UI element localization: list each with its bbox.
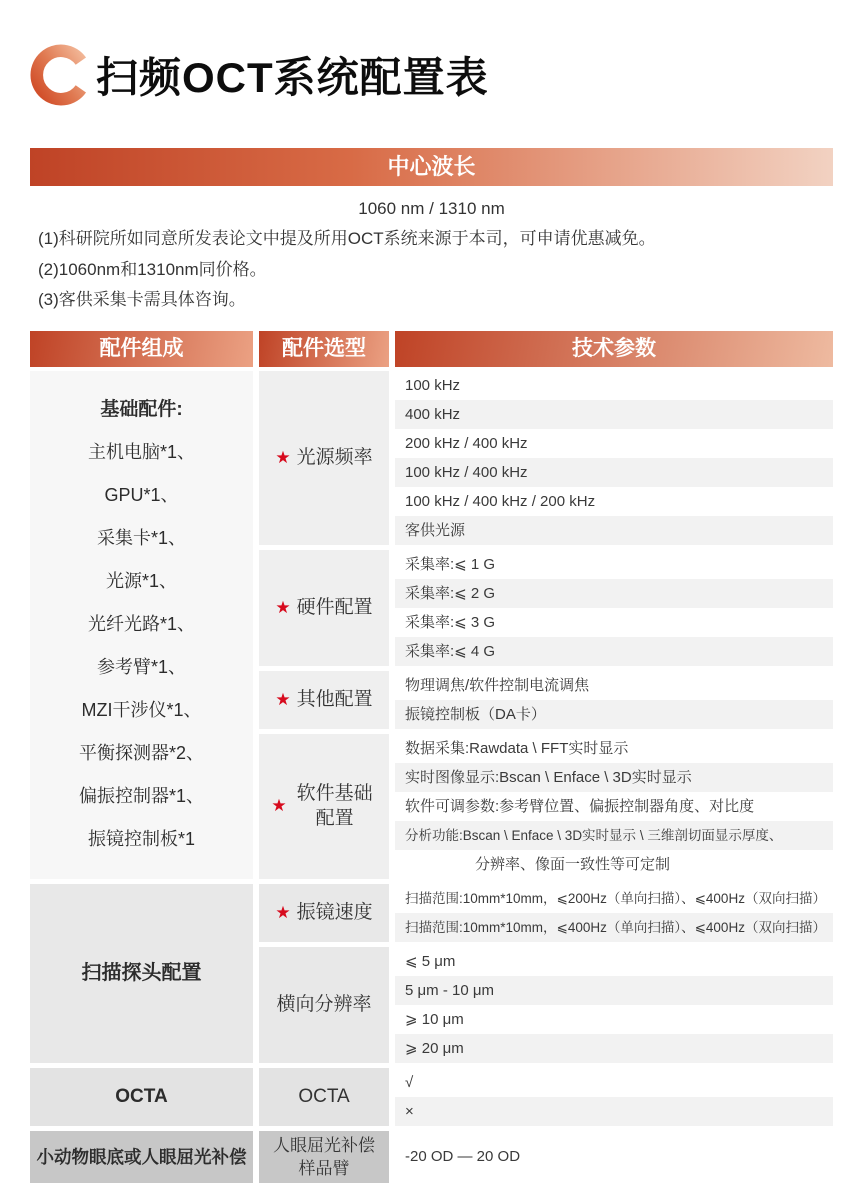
component-cell: OCTA [30,1068,253,1126]
note-line: (3)客供采集卡需具体咨询。 [38,285,825,316]
spec-sheet-page: 扫频OCT系统配置表 中心波长 1060 nm / 1310 nm (1)科研院… [0,0,863,1200]
option-label: 软件基础配置 [293,781,377,831]
table-section: 小动物眼底或人眼屈光补偿人眼屈光补偿样品臂-20 OD — 20 OD [30,1131,833,1183]
star-icon: ★ [275,598,290,618]
param-row: ⩾ 10 μm [395,1005,833,1034]
option-cell: OCTA [259,1068,389,1126]
star-icon: ★ [275,690,290,710]
note-line: (2)1060nm和1310nm同价格。 [38,255,825,286]
option-cell: ★其他配置 [259,671,389,729]
param-row: 100 kHz / 400 kHz / 200 kHz [395,487,833,516]
component-line: 采集卡*1、 [97,517,186,560]
option-label: 硬件配置 [297,595,373,620]
component-cell: 扫描探头配置 [30,884,253,1063]
option-label: 其他配置 [297,687,373,712]
param-row: × [395,1097,833,1126]
parameter-column: 扫描范围:10mm*10mm，⩽200Hz（单向扫描）、⩽400Hz（双向扫描）… [395,884,833,1063]
component-line: 偏振控制器*1、 [79,775,204,818]
table-header-row: 配件组成 配件选型 技术参数 [30,331,833,367]
wavelength-value: 1060 nm / 1310 nm [38,194,825,224]
table-section: 基础配件:主机电脑*1、GPU*1、采集卡*1、光源*1、光纤光路*1、参考臂*… [30,371,833,879]
param-row: √ [395,1068,833,1097]
option-cell: 人眼屈光补偿样品臂 [259,1131,389,1183]
star-icon: ★ [271,796,286,816]
option-label: OCTA [298,1084,349,1109]
note-line: (1)科研院所如同意所发表论文中提及所用OCT系统来源于本司，可申请优惠减免。 [38,224,825,255]
table-section: OCTAOCTA√× [30,1068,833,1126]
option-cell: ★软件基础配置 [259,734,389,879]
param-row-group: √× [395,1068,833,1126]
component-line: 参考臂*1、 [97,646,186,689]
param-row: 100 kHz [395,371,833,400]
page-title: 扫频OCT系统配置表 [96,45,489,105]
option-label: 人眼屈光补偿样品臂 [265,1134,383,1180]
param-row-group: 扫描范围:10mm*10mm，⩽200Hz（单向扫描）、⩽400Hz（双向扫描）… [395,884,833,942]
header-parameters: 技术参数 [395,331,833,367]
option-cell: ★硬件配置 [259,550,389,666]
param-row: 数据采集:Rawdata \ FFT实时显示 [395,734,833,763]
param-row: 实时图像显示:Bscan \ Enface \ 3D实时显示 [395,763,833,792]
option-label: 振镜速度 [297,900,373,925]
param-row: 客供光源 [395,516,833,545]
component-line: MZI干涉仪*1、 [81,689,201,732]
param-row: 扫描范围:10mm*10mm，⩽400Hz（单向扫描）、⩽400Hz（双向扫描） [395,913,833,942]
param-row: 5 μm - 10 μm [395,976,833,1005]
param-row: 振镜控制板（DA卡） [395,700,833,729]
parameter-column: √× [395,1068,833,1126]
param-row: 200 kHz / 400 kHz [395,429,833,458]
table-section: 扫描探头配置★振镜速度横向分辨率扫描范围:10mm*10mm，⩽200Hz（单向… [30,884,833,1063]
parameter-column: -20 OD — 20 OD [395,1131,833,1183]
param-row-group: ⩽ 5 μm5 μm - 10 μm⩾ 10 μm⩾ 20 μm [395,947,833,1063]
param-row: ⩽ 5 μm [395,947,833,976]
component-line: 光源*1、 [106,560,177,603]
wavelength-panel: 1060 nm / 1310 nm (1)科研院所如同意所发表论文中提及所用OC… [30,186,833,318]
option-cell: 横向分辨率 [259,947,389,1063]
option-cell: ★振镜速度 [259,884,389,942]
component-cell: 小动物眼底或人眼屈光补偿 [30,1131,253,1183]
component-line: 小动物眼底或人眼屈光补偿 [37,1145,247,1169]
component-line: 光纤光路*1、 [88,603,195,646]
header-component: 配件组成 [30,331,253,367]
param-row: -20 OD — 20 OD [395,1131,833,1183]
component-line: GPU*1、 [104,474,178,517]
option-column: ★振镜速度横向分辨率 [259,884,389,1063]
table-body: 基础配件:主机电脑*1、GPU*1、采集卡*1、光源*1、光纤光路*1、参考臂*… [30,371,833,1183]
component-line: OCTA [115,1075,167,1118]
param-row: 采集率:⩽ 4 G [395,637,833,666]
param-row-group: 物理调焦/软件控制电流调焦振镜控制板（DA卡） [395,671,833,729]
param-row: 扫描范围:10mm*10mm，⩽200Hz（单向扫描）、⩽400Hz（双向扫描） [395,884,833,913]
param-row: 分辨率、像面一致性等可定制 [395,850,833,879]
component-line: 平衡探测器*2、 [79,732,204,775]
component-cell: 基础配件:主机电脑*1、GPU*1、采集卡*1、光源*1、光纤光路*1、参考臂*… [30,371,253,879]
option-column: OCTA [259,1068,389,1126]
component-line: 基础配件: [100,388,182,431]
param-row-group: 100 kHz400 kHz200 kHz / 400 kHz100 kHz /… [395,371,833,545]
param-row: 采集率:⩽ 2 G [395,579,833,608]
param-row: 采集率:⩽ 3 G [395,608,833,637]
title-bar: 扫频OCT系统配置表 [30,34,833,116]
component-line: 主机电脑*1、 [88,431,195,474]
notes-list: (1)科研院所如同意所发表论文中提及所用OCT系统来源于本司，可申请优惠减免。(… [38,224,825,316]
param-row: 400 kHz [395,400,833,429]
param-row-group: 数据采集:Rawdata \ FFT实时显示实时图像显示:Bscan \ Enf… [395,734,833,879]
option-label: 光源频率 [297,445,373,470]
param-row: 分析功能:Bscan \ Enface \ 3D实时显示 \ 三维剖切面显示厚度… [395,821,833,850]
brand-c-logo-icon [30,44,92,106]
option-column: 人眼屈光补偿样品臂 [259,1131,389,1183]
header-option: 配件选型 [259,331,389,367]
parameter-column: 100 kHz400 kHz200 kHz / 400 kHz100 kHz /… [395,371,833,879]
param-row: 100 kHz / 400 kHz [395,458,833,487]
option-label: 横向分辨率 [276,992,371,1017]
option-column: ★光源频率★硬件配置★其他配置★软件基础配置 [259,371,389,879]
param-row: ⩾ 20 μm [395,1034,833,1063]
component-line: 扫描探头配置 [82,952,202,995]
param-row: 采集率:⩽ 1 G [395,550,833,579]
star-icon: ★ [275,903,290,923]
param-row-group: -20 OD — 20 OD [395,1131,833,1183]
option-cell: ★光源频率 [259,371,389,545]
star-icon: ★ [275,448,290,468]
param-row: 物理调焦/软件控制电流调焦 [395,671,833,700]
component-line: 振镜控制板*1 [88,818,195,861]
param-row: 软件可调参数:参考臂位置、偏振控制器角度、对比度 [395,792,833,821]
wavelength-header: 中心波长 [30,148,833,186]
param-row-group: 采集率:⩽ 1 G采集率:⩽ 2 G采集率:⩽ 3 G采集率:⩽ 4 G [395,550,833,666]
